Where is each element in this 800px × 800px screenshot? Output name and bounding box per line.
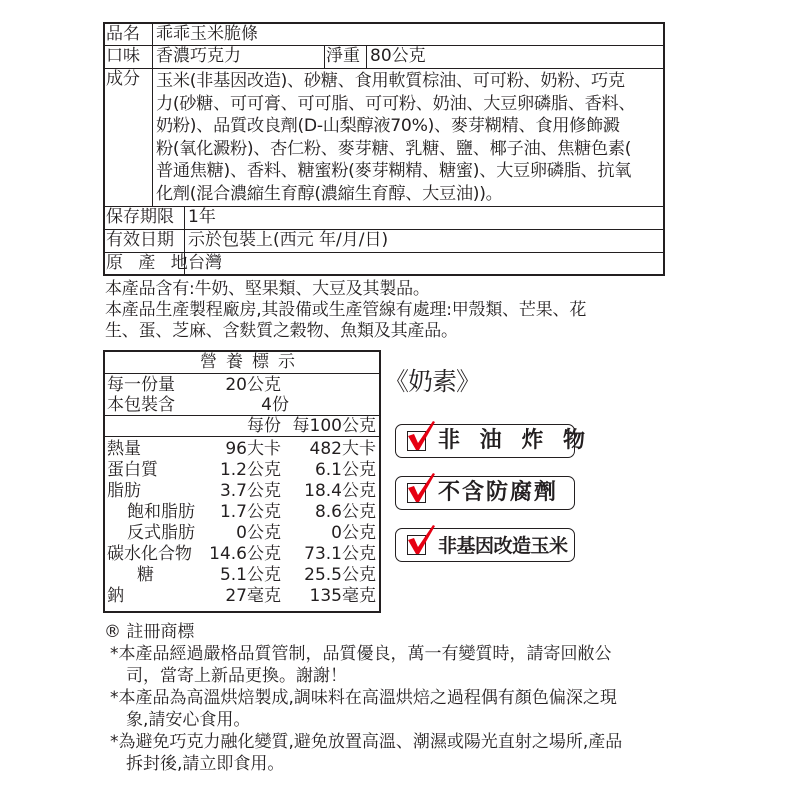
note-line: 拆封後,請立即食用。 — [104, 753, 724, 775]
nutrient-rows: 熱量 96大卡 482大卡 蛋白質 1.2公克 6.1公克 脂肪 3.7公克 1… — [105, 437, 379, 611]
expiry-label: 有效日期 — [105, 230, 185, 252]
nutrition-title: 營養標示 — [105, 352, 379, 374]
flavor-value: 香濃巧克力 — [153, 46, 325, 68]
net-weight-label: 淨重 — [325, 46, 367, 68]
red-checkmark-icon — [405, 419, 437, 453]
servings-value: 4份 — [261, 395, 289, 415]
red-checkmark-icon — [405, 471, 437, 505]
red-checkmark-icon — [405, 523, 437, 557]
notes-section: ® 註冊商標 *本產品經過嚴格品質管制，品質優良，萬一有變質時，請寄回敝公 司，… — [104, 621, 724, 775]
nutrient-per-serving: 96大卡 — [225, 439, 281, 459]
note-line: *本產品為高溫烘焙製成,調味料在高溫烘焙之過程偶有顏色偏深之現 — [104, 687, 724, 709]
ingredients-line: 力(砂糖、可可膏、可可脂、可可粉、奶油、大豆卵磷脂、香料、 — [156, 93, 659, 116]
expiry-value: 示於包裝上(西元 年/月/日) — [185, 230, 388, 252]
shelf-life-label: 保存期限 — [105, 207, 185, 229]
serving-size-label: 每一份量 — [107, 375, 175, 395]
ingredients-line: 奶粉)、品質改良劑(D-山梨醇液70%)、麥芽糊精、食用修飾澱 — [156, 115, 659, 138]
nutrient-label: 熱量 — [107, 439, 141, 459]
allergen-line: 本產品生產製程廠房,其設備或生產管線有處理:甲殼類、芒果、花 — [105, 300, 705, 321]
col-per-100g: 每100公克 — [293, 416, 376, 436]
origin-value: 台灣 — [185, 253, 222, 274]
badge-label: 不含防腐劑 — [438, 480, 558, 506]
net-weight-value: 80公克 — [367, 46, 426, 68]
nutrient-per-100g: 6.1公克 — [315, 460, 376, 480]
note-line: 司，當寄上新品更換。謝謝！ — [104, 665, 724, 687]
ingredients-line: 普通焦糖)、香料、糖蜜粉(麥芽糊精、糖蜜)、大豆卵磷脂、抗氧 — [156, 160, 659, 183]
nutrient-per-serving: 1.2公克 — [220, 460, 281, 480]
badge-non-gmo-corn: 非基因改造玉米 — [395, 528, 575, 562]
flavor-row: 口味 香濃巧克力 淨重 80公克 — [105, 46, 663, 69]
ingredients-text: 玉米(非基因改造)、砂糖、食用軟質棕油、可可粉、奶粉、巧克 力(砂糖、可可膏、可… — [153, 69, 663, 206]
trademark-note: ® 註冊商標 — [104, 621, 724, 643]
ingredients-line: 粉(氧化澱粉)、杏仁粉、麥芽糖、乳糖、鹽、椰子油、焦糖色素( — [156, 138, 659, 161]
nutrient-label: 糖 — [137, 565, 154, 585]
nutrient-per-100g: 25.5公克 — [304, 565, 376, 585]
shelf-life-row: 保存期限 1年 — [105, 207, 663, 230]
vegetarian-label: 《奶素》 — [384, 367, 480, 397]
nutrient-per-serving: 0公克 — [236, 523, 281, 543]
allergen-statement: 本產品含有:牛奶、堅果類、大豆及其製品。 本產品生產製程廠房,其設備或生產管線有… — [105, 279, 705, 342]
note-line: *本產品經過嚴格品質管制，品質優良，萬一有變質時，請寄回敝公 — [104, 643, 724, 665]
nutrient-per-serving: 5.1公克 — [220, 565, 281, 585]
expiry-row: 有效日期 示於包裝上(西元 年/月/日) — [105, 230, 663, 253]
ingredients-line: 玉米(非基因改造)、砂糖、食用軟質棕油、可可粉、奶粉、巧克 — [156, 70, 659, 93]
serving-size-value: 20公克 — [225, 375, 281, 395]
nutrient-per-100g: 18.4公克 — [304, 481, 376, 501]
badge-no-preservatives: 不含防腐劑 — [395, 476, 575, 510]
allergen-line: 生、蛋、芝麻、含麩質之穀物、魚類及其產品。 — [105, 321, 705, 342]
serving-info: 每一份量 20公克 本包裝含 4份 — [105, 374, 379, 416]
origin-row: 原 產 地 台灣 — [105, 253, 663, 274]
nutrient-per-serving: 1.7公克 — [220, 502, 281, 522]
nutrition-column-headers: 每份 每100公克 — [105, 416, 379, 437]
ingredients-row: 成分 玉米(非基因改造)、砂糖、食用軟質棕油、可可粉、奶粉、巧克 力(砂糖、可可… — [105, 69, 663, 207]
nutrient-per-100g: 8.6公克 — [315, 502, 376, 522]
badge-label: 非 油 炸 物 — [438, 428, 591, 454]
product-info-table: 品名 乖乖玉米脆條 口味 香濃巧克力 淨重 80公克 成分 玉米(非基因改造)、… — [103, 22, 665, 276]
flavor-label: 口味 — [105, 46, 153, 68]
nutrient-per-100g: 0公克 — [331, 523, 376, 543]
nutrient-label: 脂肪 — [107, 481, 141, 501]
col-per-serving: 每份 — [247, 416, 281, 436]
nutrient-label: 鈉 — [107, 586, 124, 606]
nutrient-label: 飽和脂肪 — [127, 502, 195, 522]
badge-label: 非基因改造玉米 — [438, 533, 568, 559]
nutrition-facts-table: 營養標示 每一份量 20公克 本包裝含 4份 每份 每100公克 熱量 96大卡… — [103, 350, 381, 613]
origin-label: 原 產 地 — [105, 253, 185, 274]
product-name-label: 品名 — [105, 24, 153, 45]
nutrient-per-100g: 73.1公克 — [304, 544, 376, 564]
nutrient-per-serving: 27毫克 — [225, 586, 281, 606]
note-line: *為避免巧克力融化變質,避免放置高溫、潮濕或陽光直射之場所,產品 — [104, 731, 724, 753]
product-name-row: 品名 乖乖玉米脆條 — [105, 24, 663, 46]
allergen-line: 本產品含有:牛奶、堅果類、大豆及其製品。 — [105, 279, 705, 300]
nutrient-per-100g: 135毫克 — [310, 586, 376, 606]
nutrient-label: 蛋白質 — [107, 460, 158, 480]
nutrient-per-100g: 482大卡 — [310, 439, 376, 459]
nutrient-per-serving: 14.6公克 — [209, 544, 281, 564]
nutrient-per-serving: 3.7公克 — [220, 481, 281, 501]
servings-label: 本包裝含 — [107, 395, 175, 415]
note-line: 象,請安心食用。 — [104, 709, 724, 731]
nutrient-label: 碳水化合物 — [107, 544, 192, 564]
product-name-value: 乖乖玉米脆條 — [153, 24, 258, 45]
nutrient-label: 反式脂肪 — [127, 523, 195, 543]
badge-non-fried: 非 油 炸 物 — [395, 424, 575, 458]
ingredients-line: 化劑(混合濃縮生育醇(濃縮生育醇、大豆油))。 — [156, 183, 659, 206]
shelf-life-value: 1年 — [185, 207, 216, 229]
ingredients-label: 成分 — [105, 69, 153, 206]
